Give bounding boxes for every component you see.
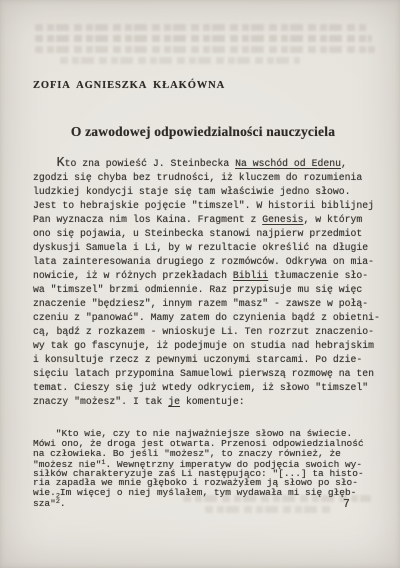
- bleed-through-text-line: [35, 24, 368, 31]
- scanned-page: ZOFIA AGNIESZKA KŁAKÓWNA O zawodowej odp…: [0, 0, 400, 568]
- text-line: sza"2.: [33, 498, 364, 508]
- text-line: wy tak go fascynuje, iż podejmuje on stu…: [33, 339, 380, 353]
- bleed-through-text-line: [60, 57, 300, 64]
- text-line: Jest to hebrajskie pojęcie "timszel". W …: [33, 199, 380, 213]
- text-line: na człowieka. Bo jeśli "możesz", to znac…: [33, 449, 364, 459]
- text-line: lata zainteresowania drugiego z rozmówcó…: [33, 255, 380, 269]
- text-line: zgodzi się chyba bez trudności, iż klucz…: [33, 171, 380, 185]
- text-line: wie.2Im więcej o niej myślałem, tym wyda…: [33, 488, 364, 498]
- author-line: ZOFIA AGNIESZKA KŁAKÓWNA: [33, 80, 225, 91]
- text-line: znaczy "możesz". I tak je komentuje:: [33, 395, 380, 409]
- text-line: Pan wyznacza nim los Kaina. Fragment z G…: [33, 213, 380, 227]
- article-title: O zawodowej odpowiedzialności nauczyciel…: [33, 124, 373, 140]
- text-line: czeniu z "panować". Mamy zatem do czynie…: [33, 311, 380, 325]
- text-line: dyskusji Samuela i Li, by w rezultacie o…: [33, 241, 380, 255]
- text-line: i konsultuje rzecz z pewnymi uczonymi st…: [33, 353, 380, 367]
- text-line: nowicie, iż w różnych przekładach Biblii…: [33, 269, 380, 283]
- body-paragraph: Kto zna powieść J. Steinbecka Na wschód …: [33, 157, 380, 409]
- text-line: ludzkiej kondycji staje się tam właściwi…: [33, 185, 380, 199]
- text-line: Kto zna powieść J. Steinbecka Na wschód …: [33, 157, 380, 171]
- bleed-through-text-line: [35, 46, 375, 53]
- text-line: cą, bądź z rozkazem - wnioskuje Li. Ten …: [33, 325, 380, 339]
- text-line: znaczenie "będziesz", innym razem "masz"…: [33, 297, 380, 311]
- quotation-block: "Kto wie, czy to nie najważniejsze słowo…: [33, 429, 364, 508]
- text-line: sięciu latach przypomina Samuelowi pierw…: [33, 367, 380, 381]
- bleed-through-text-line: [35, 35, 372, 42]
- text-line: wa "timszel" brzmi odmiennie. Raz przypi…: [33, 283, 380, 297]
- text-line: ono się pojawia, u Steinbecka stanowi na…: [33, 227, 380, 241]
- page-number: 7: [343, 498, 350, 511]
- text-line: temat. Cieszy się już wtedy odkryciem, i…: [33, 381, 380, 395]
